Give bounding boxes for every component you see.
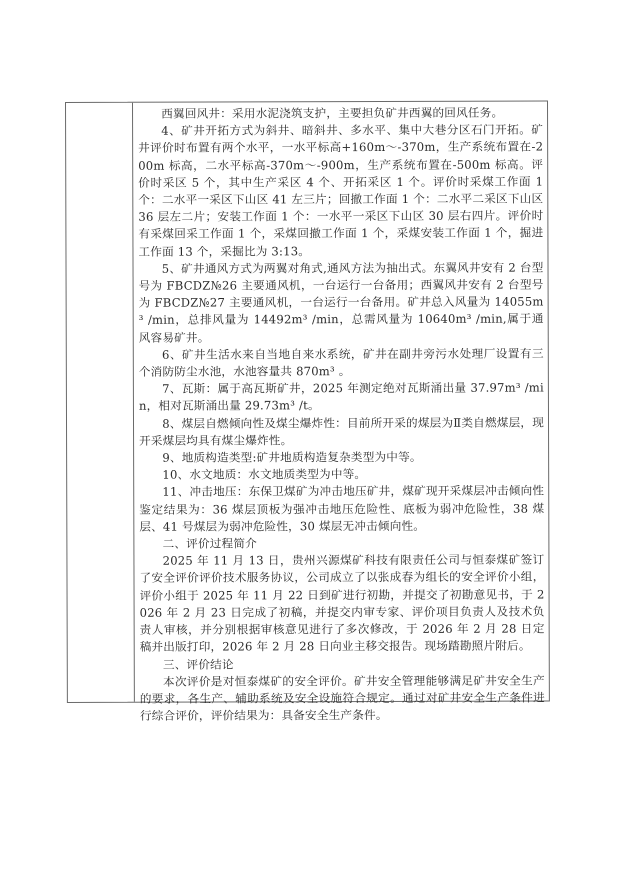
- section-heading-evaluation-process: 二、评价过程简介: [139, 535, 544, 553]
- content-column-cell: 西翼回风井：采用水泥浇筑支护，主要担负矿井西翼的回风任务。 4、矿井开拓方式为斜…: [133, 101, 549, 701]
- report-table: 西翼回风井：采用水泥浇筑支护，主要担负矿井西翼的回风任务。 4、矿井开拓方式为斜…: [65, 100, 550, 703]
- label-column-cell: [66, 103, 135, 702]
- paragraph-item-8-combustion: 8、煤层自燃倾向性及煤尘爆炸性：目前所开采的煤层为Ⅱ类自燃煤层，现开采煤层均具有…: [139, 414, 544, 450]
- paragraph-item-7-gas: 7、瓦斯：属于高瓦斯矿井，2025 年测定绝对瓦斯涌出量 37.97m³ /mi…: [139, 380, 544, 416]
- section-heading-evaluation-conclusion: 三、评价结论: [140, 655, 545, 673]
- paragraph-evaluation-conclusion: 本次评价是对恒泰煤矿的安全评价。矿井安全管理能够满足矿井安全生产的要求，各生产、…: [140, 672, 545, 725]
- paragraph-evaluation-process: 2025 年 11 月 13 日，贵州兴源煤矿科技有限责任公司与恒泰煤矿签订了安…: [139, 552, 544, 656]
- paragraph-item-4-development: 4、矿井开拓方式为斜井、暗斜井、多水平、集中大巷分区石门开拓。矿井评价时布置有两…: [138, 122, 543, 261]
- paragraph-item-10-hydrogeology: 10、水文地质：水文地质类型为中等。: [139, 466, 544, 484]
- paragraph-west-return-shaft: 西翼回风井：采用水泥浇筑支护，主要担负矿井西翼的回风任务。: [138, 104, 543, 122]
- paragraph-item-9-geology: 9、地质构造类型:矿井地质构造复杂类型为中等。: [139, 449, 544, 467]
- paragraph-item-11-rockburst: 11、冲击地压：东保卫煤矿为冲击地压矿井，煤矿现开采煤层冲击倾向性鉴定结果为：3…: [139, 483, 544, 536]
- paragraph-item-6-water: 6、矿井生活水来自当地自来水系统，矿井在副井旁污水处理厂设置有三个消防防尘水池，…: [139, 345, 544, 381]
- paragraph-item-5-ventilation: 5、矿井通风方式为两翼对角式,通风方法为抽出式。东翼风井安有 2 台型号为 FB…: [138, 259, 543, 346]
